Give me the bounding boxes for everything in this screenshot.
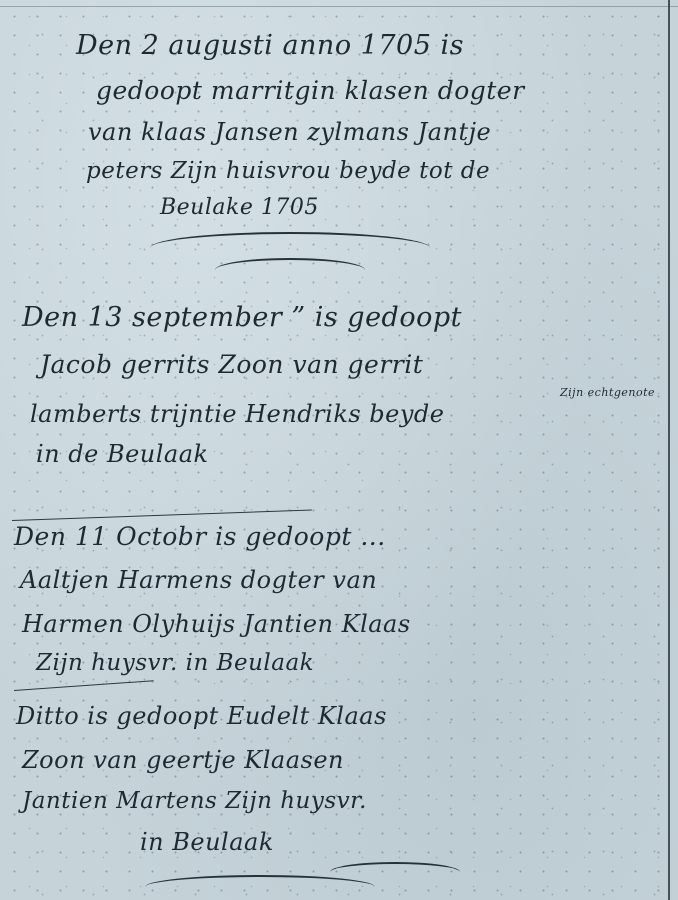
entry-line: peters Zijn huisvrou beyde tot de	[86, 158, 490, 184]
entry-line: Jacob gerrits Zoon van gerrit	[40, 350, 423, 379]
entry-line: Ditto is gedoopt Eudelt Klaas	[16, 702, 387, 730]
entry-1: Den 2 augusti anno 1705 is gedoopt marri…	[0, 0, 650, 290]
entry-line: gedoopt marritgin klasen dogter	[96, 76, 525, 105]
interlinear-note: Zijn echtgenote	[560, 386, 655, 399]
entry-line: Harmen Olyhuijs Jantien Klaas	[22, 610, 411, 638]
flourish	[145, 875, 375, 887]
entry-line: Beulake 1705	[160, 195, 319, 220]
entry-line: in Beulaak	[140, 828, 274, 856]
document-page: Den 2 augusti anno 1705 is gedoopt marri…	[0, 0, 678, 900]
entry-line: Aaltjen Harmens dogter van	[20, 566, 377, 594]
entry-2: Den 13 september ” is gedoopt Jacob gerr…	[0, 290, 650, 490]
right-margin-rule	[668, 0, 670, 900]
entry-line: Den 2 augusti anno 1705 is	[76, 30, 464, 61]
entry-line: Zoon van geertje Klaasen	[22, 746, 344, 774]
flourish	[330, 862, 460, 872]
entry-3: Den 11 Octobr is gedoopt ... Aaltjen Har…	[0, 510, 650, 680]
flourish	[215, 258, 365, 270]
entry-line: Den 13 september ” is gedoopt	[22, 302, 462, 333]
entry-line: lamberts trijntie Hendriks beyde	[30, 400, 445, 428]
entry-line: Jantien Martens Zijn huysvr.	[22, 788, 367, 814]
entry-line: in de Beulaak	[36, 440, 209, 468]
entry-line: van klaas Jansen zylmans Jantje	[88, 118, 491, 146]
entry-4: Ditto is gedoopt Eudelt Klaas Zoon van g…	[0, 680, 650, 900]
flourish	[150, 232, 430, 248]
entry-line: Zijn huysvr. in Beulaak	[36, 650, 314, 676]
entry-line: Den 11 Octobr is gedoopt ...	[14, 522, 386, 551]
